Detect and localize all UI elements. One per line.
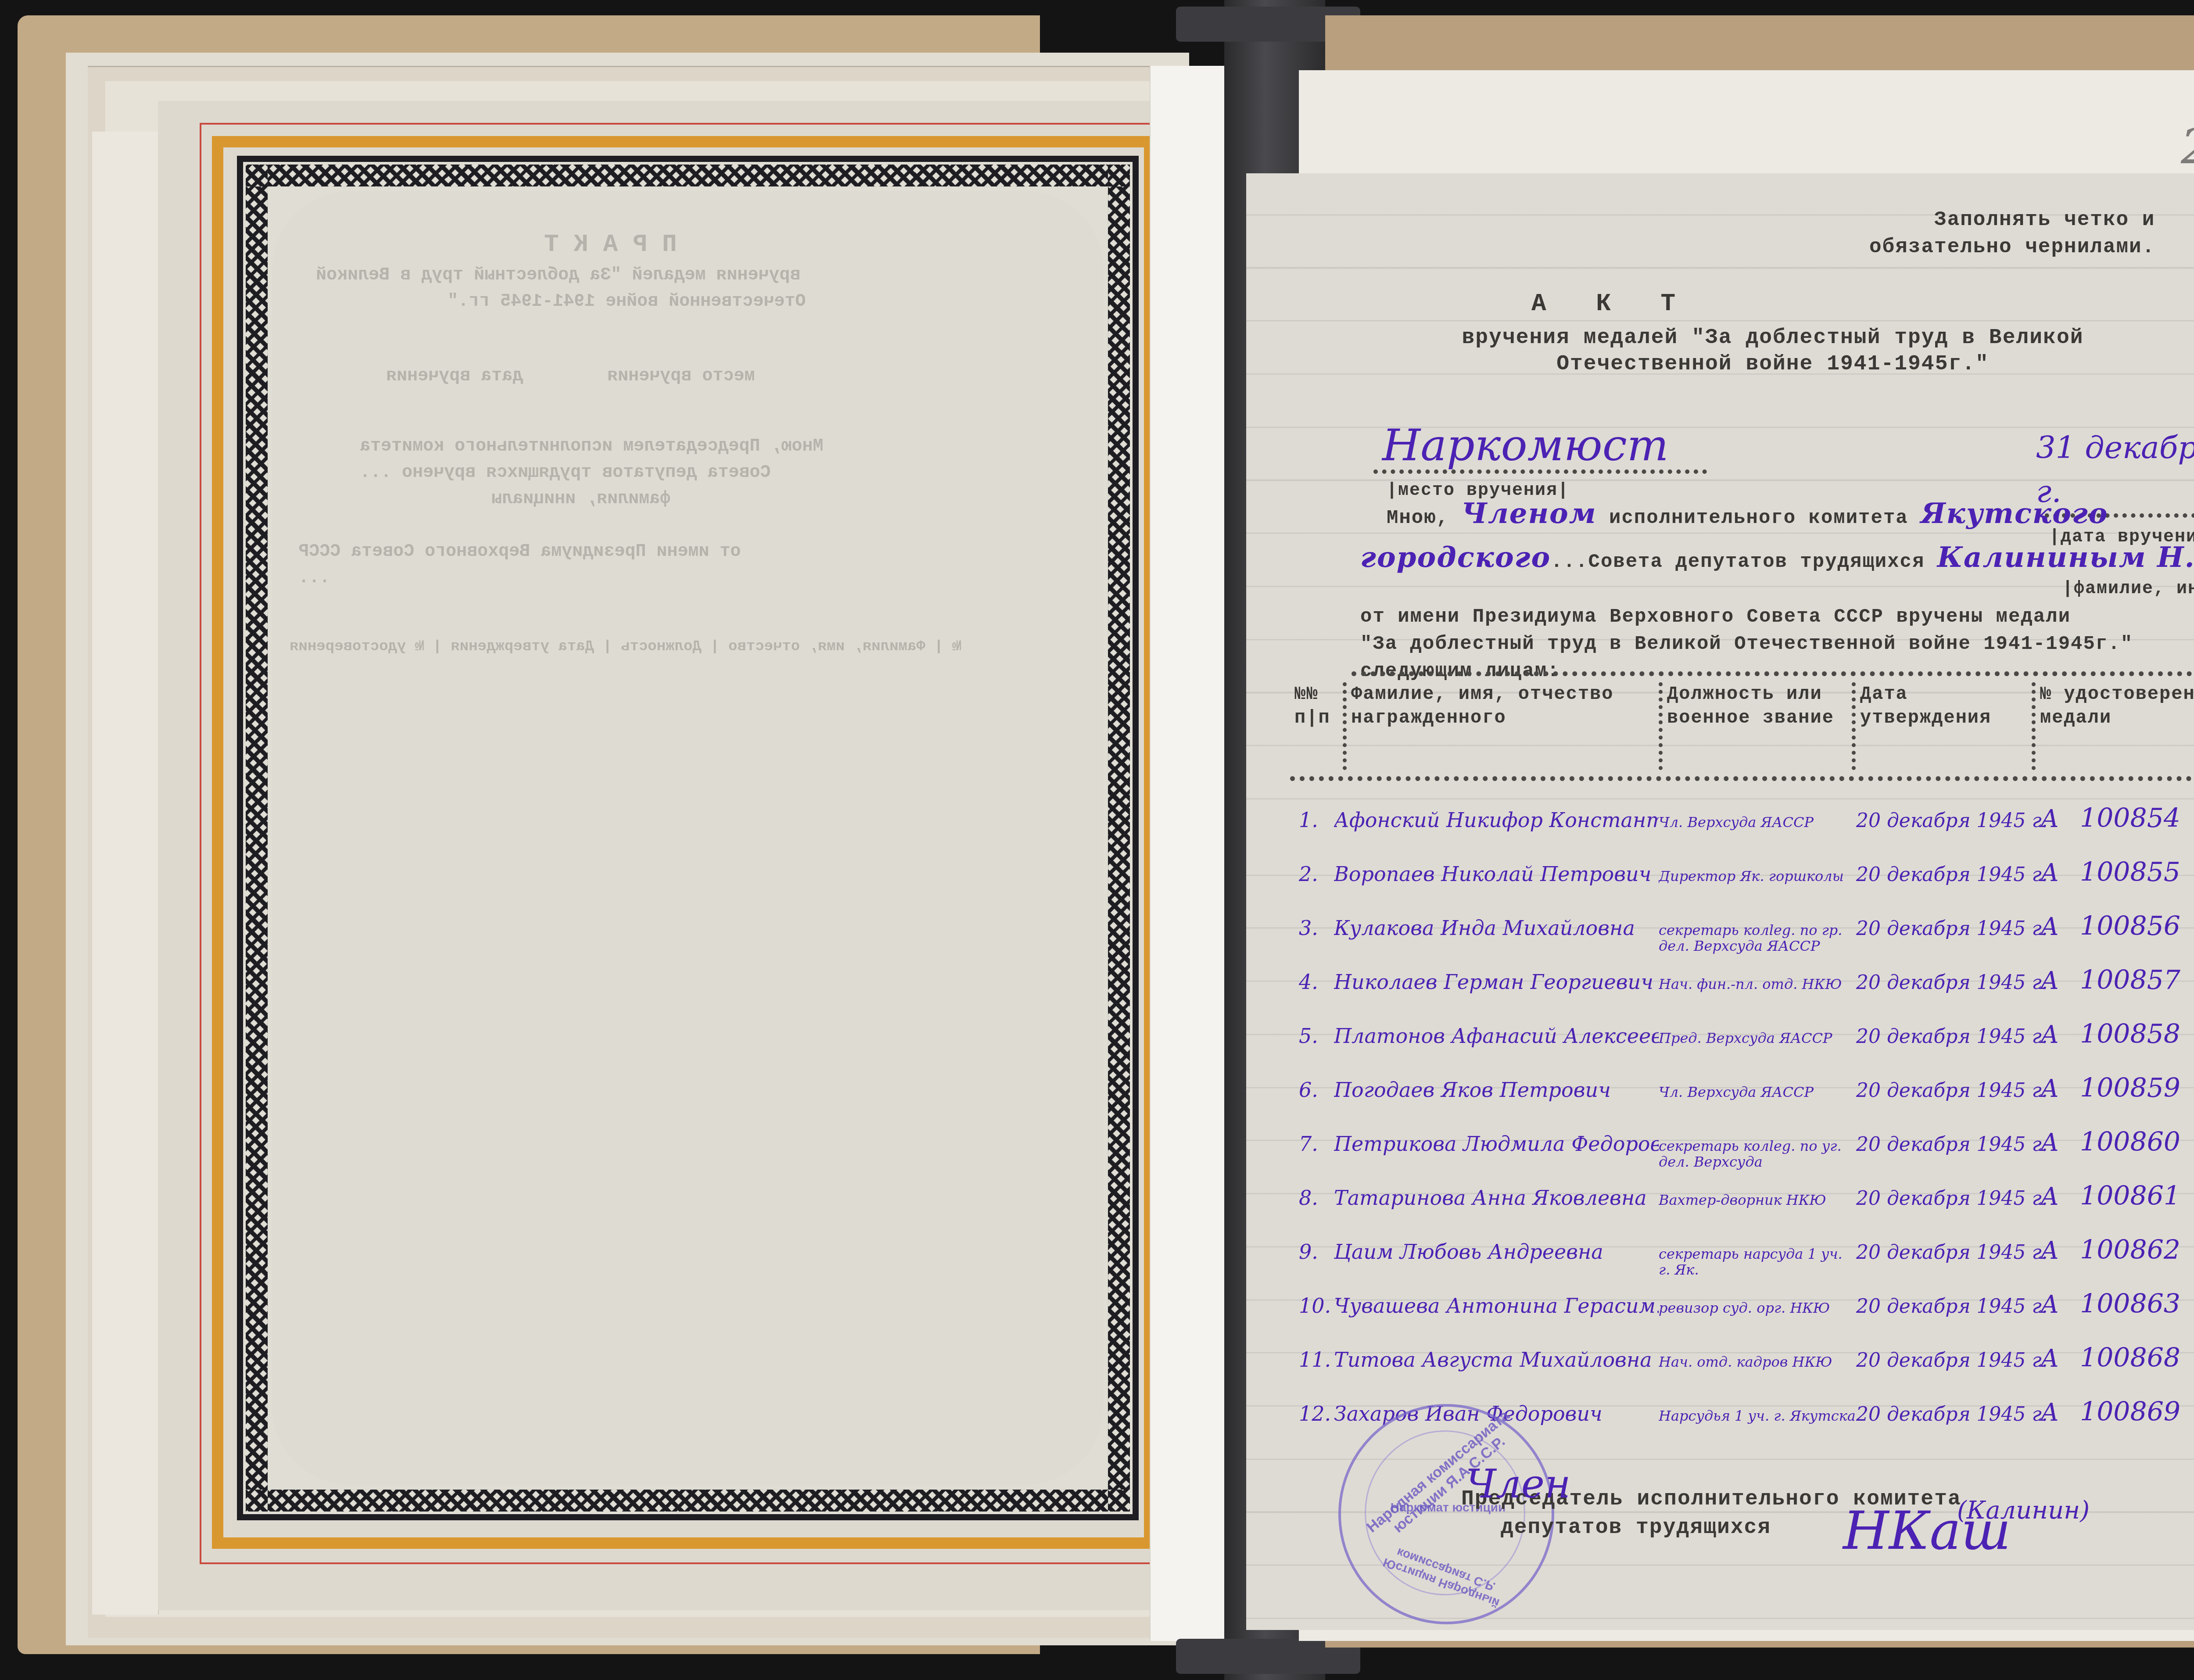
place-field: Наркомюст |место вручения| (1373, 421, 1707, 501)
ghost-title: П Р А К Т (544, 230, 677, 258)
signatory-name: (Калинин) (1957, 1496, 2090, 1525)
ghost-line: Совета депутатов трудящихся вручено ... (360, 463, 771, 483)
ghost-line: вручения медалей "За доблестный труд в В… (316, 265, 800, 285)
col-name: Фамилие, имя, отчество награжденного (1343, 682, 1659, 770)
col-position: Должность или военное звание (1659, 682, 1852, 770)
left-page-tab (92, 132, 159, 1615)
page-number-pencil: 26 (2181, 118, 2194, 175)
ghost-line: Мною, Председателем исполнительного коми… (360, 437, 823, 456)
city-handwritten: Якутского (1921, 497, 2108, 530)
table-row: 10.Чувашева Антонина Герасим.ревизор суд… (1299, 1289, 2194, 1343)
white-guard-sheet (1150, 66, 1225, 1641)
ghost-line: ... (298, 568, 330, 588)
ghost-line: место вручения дата вручения (386, 366, 755, 386)
place-value: Наркомюст (1373, 421, 1707, 474)
ghost-table-header: № | Фамилия, имя, отчество | Должность |… (290, 638, 961, 655)
table-row: 7.Петрикова Людмила Федоровнасекретарь к… (1299, 1127, 2194, 1181)
ghost-line: фамилия, инициалы (491, 489, 670, 509)
person-label: |фамилие, инициалы| (2062, 579, 2194, 599)
document-title: А К Т (1531, 290, 1693, 318)
table-row: 2.Воропаев Николай ПетровичДиректор Як. … (1299, 857, 2194, 911)
awardees-table-header: №№ п|п Фамилие, имя, отчество награжденн… (1290, 671, 2194, 781)
table-row: 3.Кулакова Инда Михайловнасекретарь колl… (1299, 911, 2194, 965)
col-certificate: № удостоверения к медали (2032, 682, 2194, 770)
table-row: 4.Николаев Герман ГеоргиевичНач. фин.-пл… (1299, 965, 2194, 1019)
role-handwritten: Членом (1461, 497, 1596, 530)
ghost-line: от имени Президиума Верховного Совета СС… (298, 542, 741, 562)
intro-line-1: Мною, Членом исполнительного комитета Як… (1360, 500, 2194, 532)
awardees-table-body: 1.Афонский Никифор Константин.Чл. Верхсу… (1299, 803, 2194, 1451)
intro-line-2: городского...Совета депутатов трудящихся… (1360, 544, 2194, 576)
ghost-line: Отечественной войне 1941-1945 гг." (448, 292, 806, 312)
signature-title-handwritten: Член (1466, 1461, 1570, 1507)
certificate-field: П Р А К Т вручения медалей "За доблестны… (272, 191, 1104, 1485)
table-row: 5.Платонов Афанасий АлексеевичПред. Верх… (1299, 1019, 2194, 1073)
signature-title-typed-line2: депутатов трудящихся (1501, 1516, 1771, 1540)
table-row: 8.Татаринова Анна ЯковлевнаВахтер-дворни… (1299, 1181, 2194, 1235)
table-row: 11.Титова Августа МихайловнаНач. отд. ка… (1299, 1343, 2194, 1397)
council-handwritten: городского (1360, 541, 1551, 574)
col-number: №№ п|п (1290, 682, 1343, 770)
fill-instruction: Заполнять четко и обязательно чернилами. (1869, 206, 2155, 261)
table-row: 1.Афонский Никифор Константин.Чл. Верхсу… (1299, 803, 2194, 857)
document-subtitle: вручения медалей "За доблестный труд в В… (1448, 325, 2097, 377)
table-row: 9.Цаим Любовь Андреевнасекретарь нарсуда… (1299, 1235, 2194, 1289)
col-date: Дата утверждения (1852, 682, 2032, 770)
table-row: 6.Погодаев Яков ПетровичЧл. Верхсуда ЯАС… (1299, 1073, 2194, 1127)
person-handwritten: Калининым Н.И. (1937, 541, 2194, 574)
